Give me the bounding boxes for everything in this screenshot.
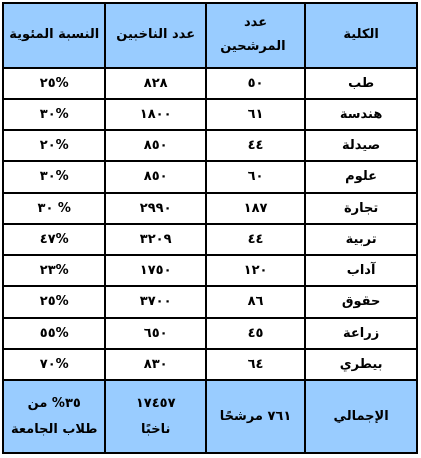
- cell-faculty: طب: [305, 68, 417, 99]
- table-row: حقوق ٨٦ ٣٧٠٠ %٢٥: [3, 286, 417, 317]
- cell-candidates: ٤٤: [206, 130, 305, 161]
- cell-voters: ١٧٥٠: [105, 255, 205, 286]
- cell-percentage: %٧٠: [3, 349, 105, 380]
- faculty-election-table: الكلية عدد المرشحين عدد الناخبين النسبة …: [2, 2, 418, 454]
- cell-candidates: ٤٥: [206, 318, 305, 349]
- cell-faculty: تربية: [305, 224, 417, 255]
- cell-voters: ٨٢٨: [105, 68, 205, 99]
- total-voters-label: ناخبًا: [110, 417, 200, 443]
- cell-percentage: % ٣٠: [3, 193, 105, 224]
- cell-faculty: حقوق: [305, 286, 417, 317]
- header-candidates: عدد المرشحين: [206, 3, 305, 68]
- cell-voters: ٣٢٠٩: [105, 224, 205, 255]
- cell-voters: ٨٥٠: [105, 130, 205, 161]
- table-row: هندسة ٦١ ١٨٠٠ %٣٠: [3, 99, 417, 130]
- header-faculty: الكلية: [305, 3, 417, 68]
- cell-percentage: %٣٠: [3, 99, 105, 130]
- cell-voters: ٢٩٩٠: [105, 193, 205, 224]
- cell-voters: ٦٥٠: [105, 318, 205, 349]
- table-row: زراعة ٤٥ ٦٥٠ %٥٥: [3, 318, 417, 349]
- cell-candidates: ٦١: [206, 99, 305, 130]
- table-row: بيطري ٦٤ ٨٣٠ %٧٠: [3, 349, 417, 380]
- cell-voters: ٣٧٠٠: [105, 286, 205, 317]
- cell-candidates: ٦٤: [206, 349, 305, 380]
- total-percentage: ٣٥% من طلاب الجامعة: [3, 380, 105, 453]
- cell-voters: ٨٣٠: [105, 349, 205, 380]
- cell-candidates: ١٢٠: [206, 255, 305, 286]
- cell-faculty: بيطري: [305, 349, 417, 380]
- cell-percentage: %٢٠: [3, 130, 105, 161]
- cell-faculty: علوم: [305, 161, 417, 192]
- cell-percentage: %٤٧: [3, 224, 105, 255]
- cell-candidates: ٥٠: [206, 68, 305, 99]
- total-row: الإجمالي ٧٦١ مرشحًا ١٧٤٥٧ ناخبًا ٣٥% من …: [3, 380, 417, 453]
- table-row: صيدلة ٤٤ ٨٥٠ %٢٠: [3, 130, 417, 161]
- header-candidates-label: عدد المرشحين: [226, 11, 286, 59]
- cell-candidates: ٦٠: [206, 161, 305, 192]
- header-voters: عدد الناخبين: [105, 3, 205, 68]
- total-voters-count: ١٧٤٥٧: [110, 391, 200, 417]
- cell-candidates: ٨٦: [206, 286, 305, 317]
- table-row: طب ٥٠ ٨٢٨ %٢٥: [3, 68, 417, 99]
- total-percentage-label: طلاب الجامعة: [8, 417, 100, 443]
- table-row: تربية ٤٤ ٣٢٠٩ %٤٧: [3, 224, 417, 255]
- table-row: آداب ١٢٠ ١٧٥٠ %٢٣: [3, 255, 417, 286]
- cell-faculty: زراعة: [305, 318, 417, 349]
- cell-percentage: %٣٠: [3, 161, 105, 192]
- cell-voters: ٨٥٠: [105, 161, 205, 192]
- cell-faculty: آداب: [305, 255, 417, 286]
- cell-faculty: صيدلة: [305, 130, 417, 161]
- cell-faculty: هندسة: [305, 99, 417, 130]
- total-candidates: ٧٦١ مرشحًا: [206, 380, 305, 453]
- header-percentage: النسبة المئوية: [3, 3, 105, 68]
- total-percentage-value: ٣٥% من: [8, 391, 100, 417]
- cell-candidates: ١٨٧: [206, 193, 305, 224]
- total-faculty: الإجمالي: [305, 380, 417, 453]
- cell-percentage: %٥٥: [3, 318, 105, 349]
- cell-voters: ١٨٠٠: [105, 99, 205, 130]
- cell-faculty: تجارة: [305, 193, 417, 224]
- table-row: تجارة ١٨٧ ٢٩٩٠ % ٣٠: [3, 193, 417, 224]
- cell-percentage: %٢٥: [3, 68, 105, 99]
- total-voters: ١٧٤٥٧ ناخبًا: [105, 380, 205, 453]
- cell-percentage: %٢٥: [3, 286, 105, 317]
- table-row: علوم ٦٠ ٨٥٠ %٣٠: [3, 161, 417, 192]
- cell-candidates: ٤٤: [206, 224, 305, 255]
- header-row: الكلية عدد المرشحين عدد الناخبين النسبة …: [3, 3, 417, 68]
- cell-percentage: %٢٣: [3, 255, 105, 286]
